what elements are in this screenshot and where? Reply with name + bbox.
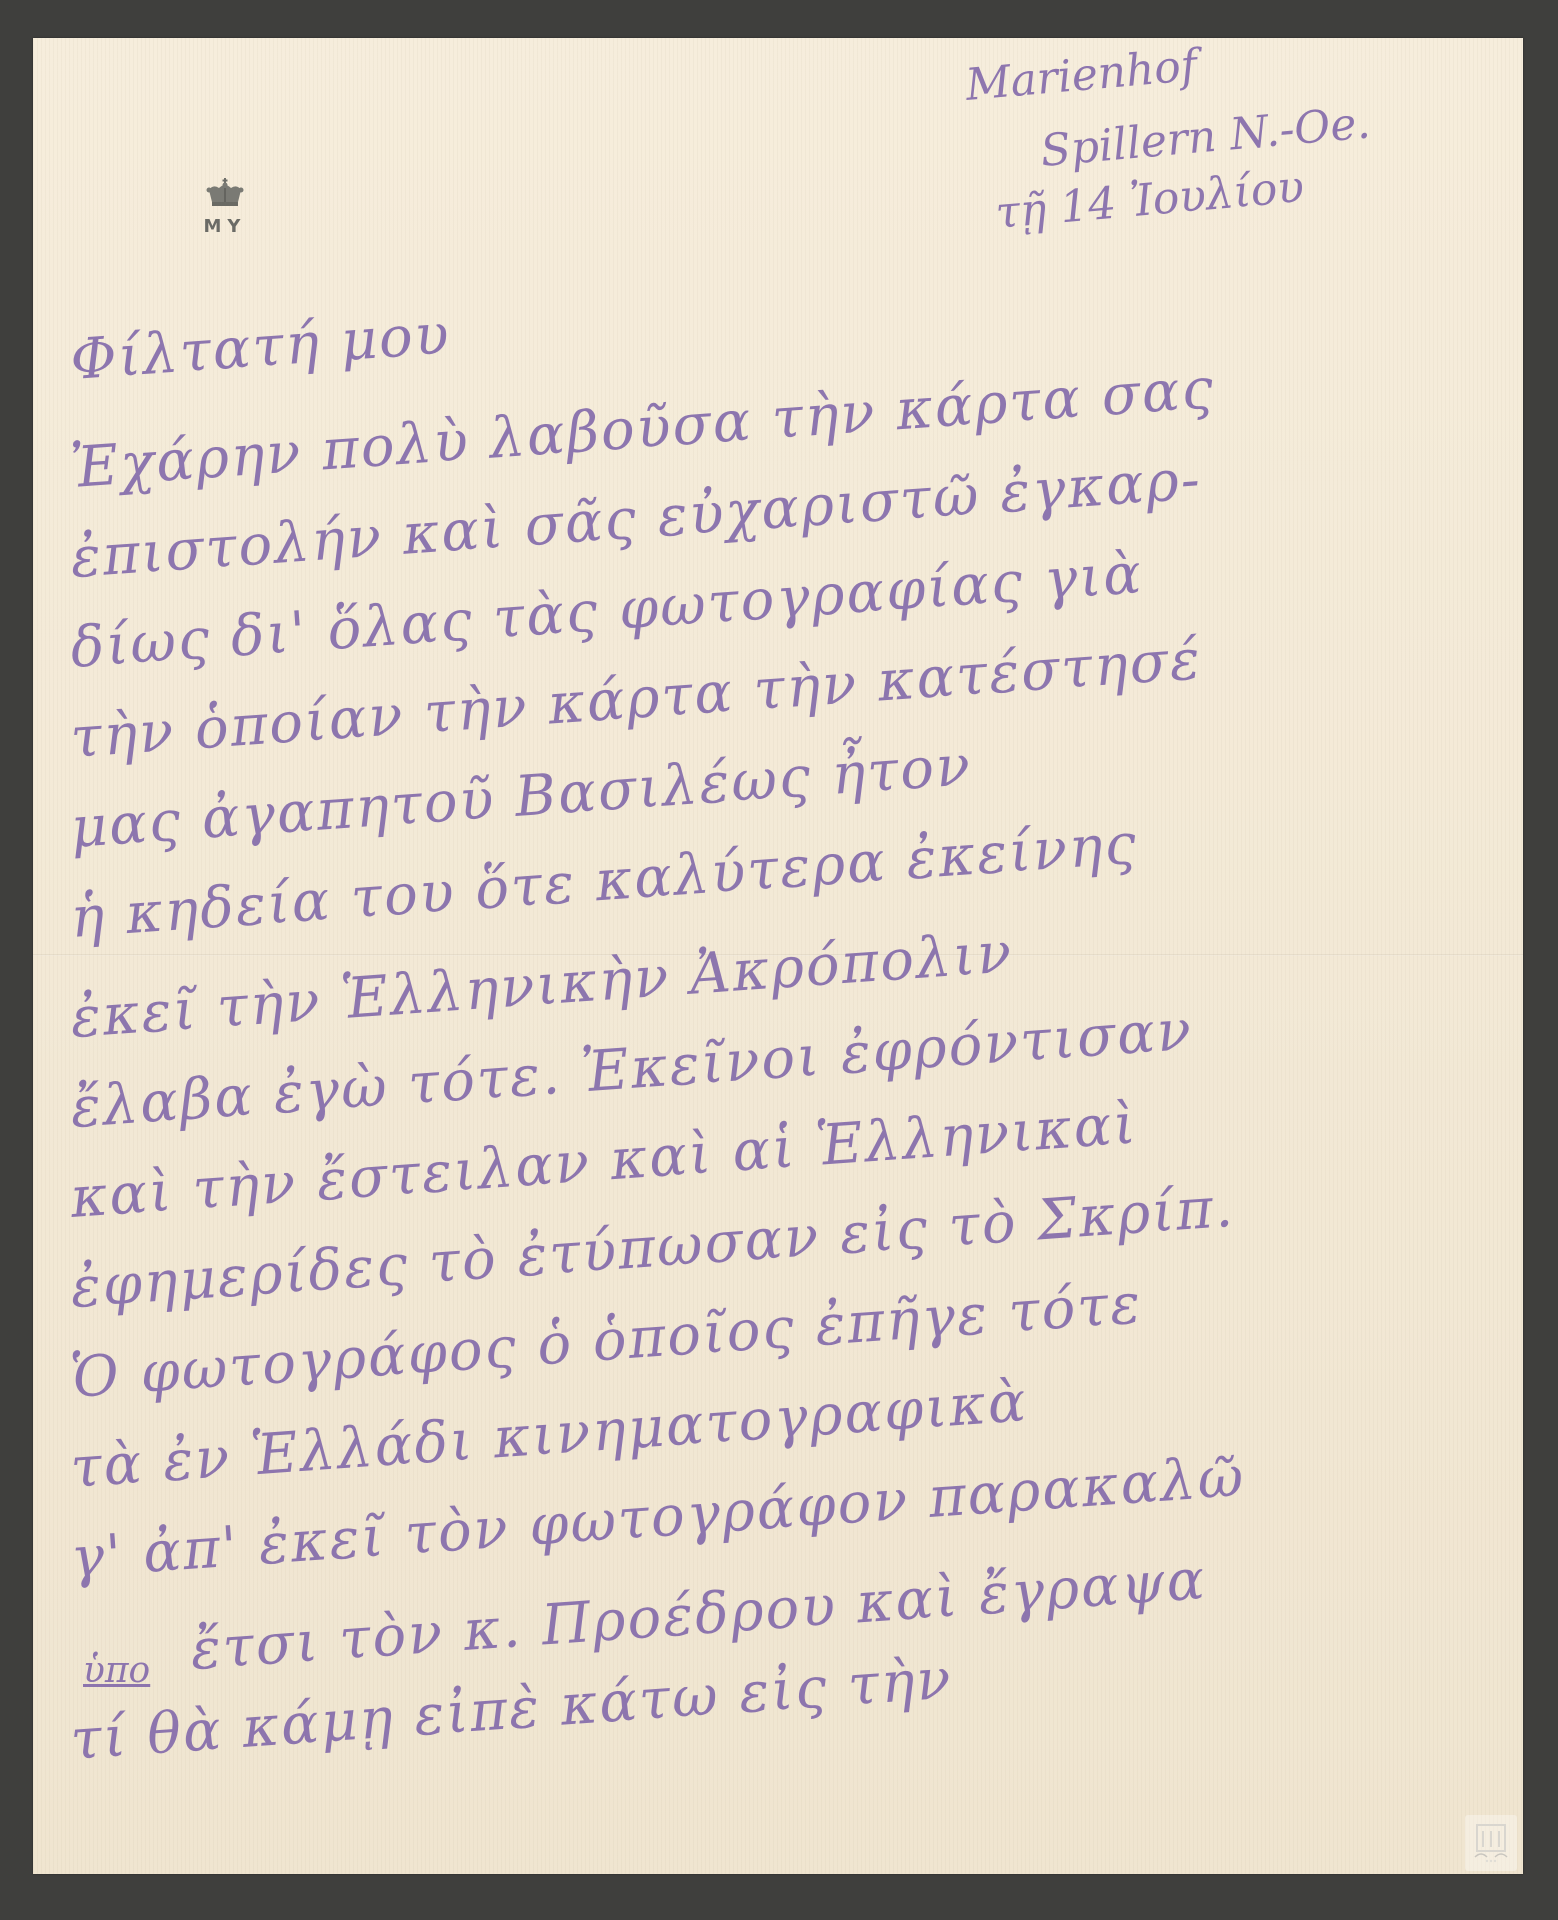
monogram-initials: MY — [185, 216, 265, 237]
salutation: Φίλτατή μου — [68, 302, 452, 393]
archive-watermark-icon — [1465, 1815, 1517, 1871]
crown-icon — [185, 176, 265, 210]
letterhead-monogram: MY — [185, 176, 265, 237]
header-address: Spillern N.-Oe. — [1039, 97, 1373, 177]
letter-page: MY Marienhof Spillern N.-Oe. τῇ 14 Ἰουλί… — [33, 38, 1523, 1874]
margin-note: ὑπο — [83, 1650, 150, 1691]
header-place: Marienhof — [964, 40, 1199, 111]
header-date: τῇ 14 Ἰουλίου — [994, 161, 1306, 239]
